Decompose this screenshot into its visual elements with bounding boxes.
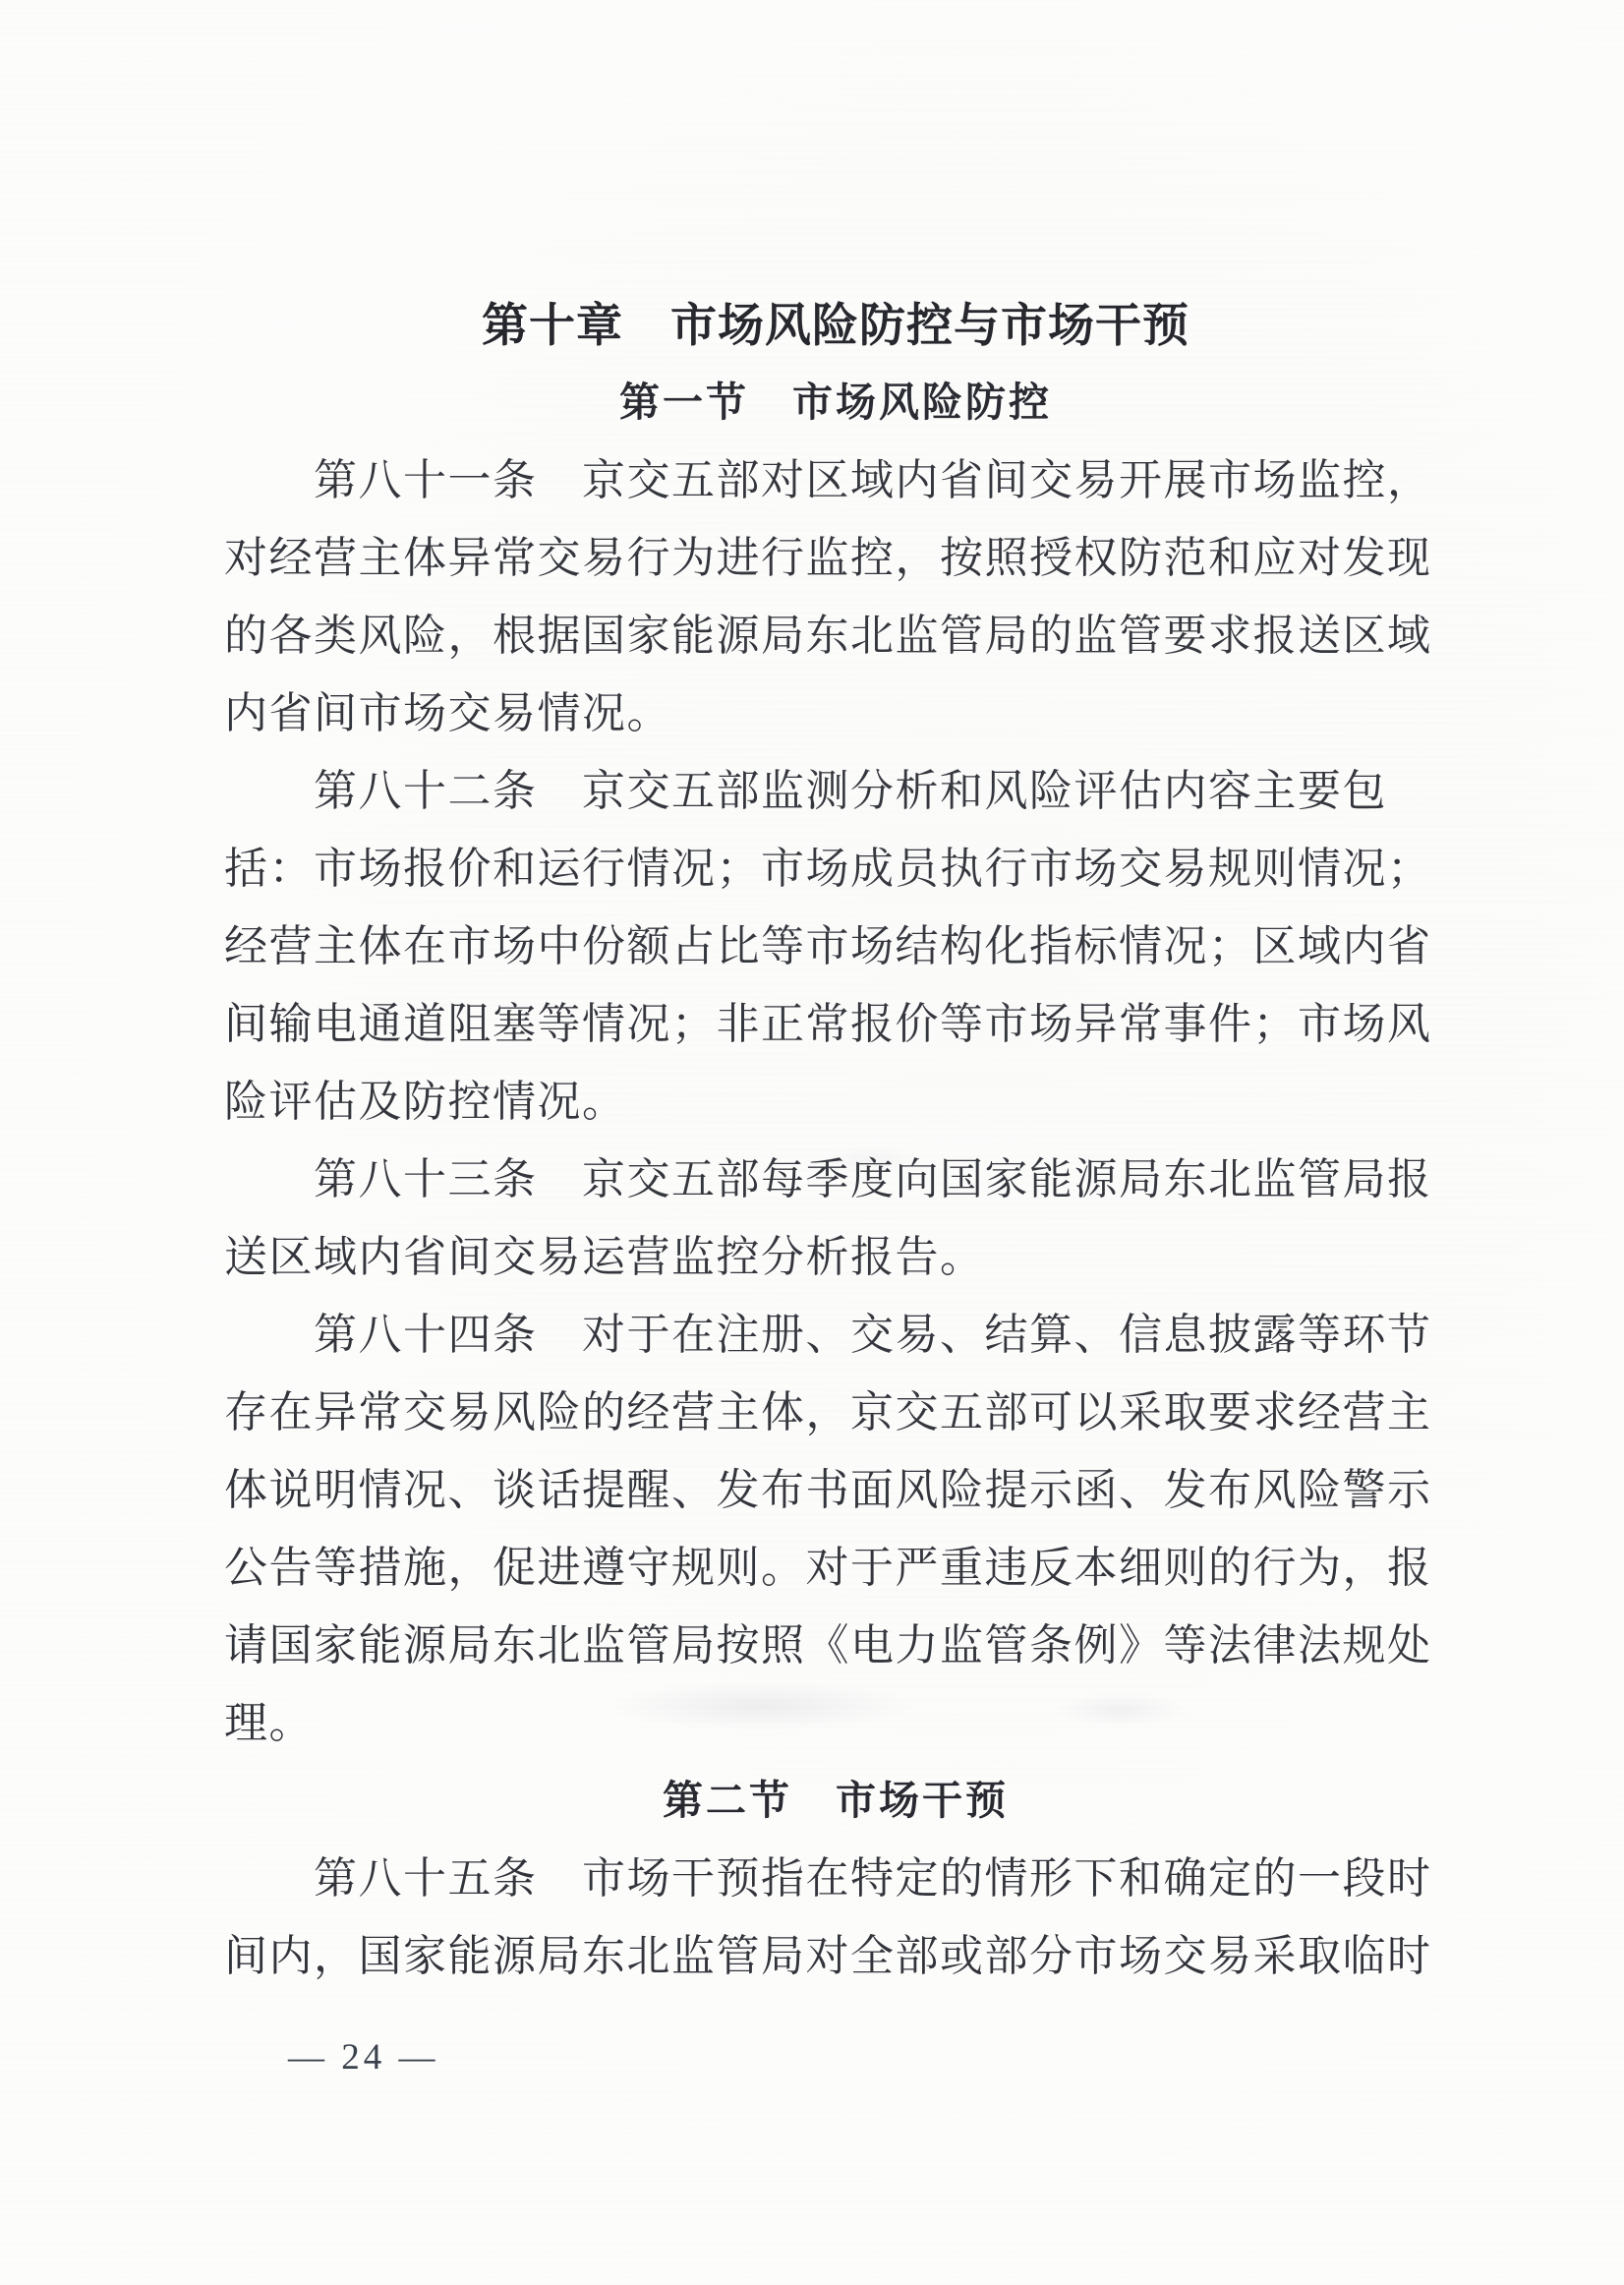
- text-line: 内省间市场交易情况。: [224, 674, 1447, 752]
- paragraph: 第八十二条 京交五部监测分析和风险评估内容主要包括：市场报价和运行情况；市场成员…: [224, 752, 1447, 1141]
- text-line: 公告等措施，促进遵守规则。对于严重违反本细则的行为，报: [224, 1529, 1447, 1607]
- text-line: 送区域内省间交易运营监控分析报告。: [224, 1218, 1447, 1296]
- text-line: 括：市场报价和运行情况；市场成员执行市场交易规则情况；: [224, 830, 1447, 908]
- document-flow: 第十章 市场风险防控与市场干预 第一节 市场风险防控 第八十一条 京交五部对区域…: [224, 286, 1447, 1995]
- text-line: 体说明情况、谈话提醒、发布书面风险提示函、发布风险警示: [224, 1451, 1447, 1529]
- paragraph: 第八十三条 京交五部每季度向国家能源局东北监管局报送区域内省间交易运营监控分析报…: [224, 1141, 1447, 1296]
- paragraph: 第八十一条 京交五部对区域内省间交易开展市场监控，对经营主体异常交易行为进行监控…: [224, 441, 1447, 752]
- text-line: 的各类风险，根据国家能源局东北监管局的监管要求报送区域: [224, 597, 1447, 674]
- text-line: 险评估及防控情况。: [224, 1063, 1447, 1141]
- text-line: 经营主体在市场中份额占比等市场结构化指标情况；区域内省: [224, 908, 1447, 985]
- text-line: 第八十一条 京交五部对区域内省间交易开展市场监控，: [224, 441, 1447, 519]
- text-line: 间内，国家能源局东北监管局对全部或部分市场交易采取临时: [224, 1917, 1447, 1995]
- text-line: 请国家能源局东北监管局按照《电力监管条例》等法律法规处: [224, 1607, 1447, 1684]
- text-line: 第八十二条 京交五部监测分析和风险评估内容主要包: [224, 752, 1447, 830]
- text-line: 第八十三条 京交五部每季度向国家能源局东北监管局报: [224, 1141, 1447, 1218]
- text-line: 间输电通道阻塞等情况；非正常报价等市场异常事件；市场风: [224, 985, 1447, 1063]
- section-heading: 第二节 市场干预: [224, 1762, 1447, 1840]
- page-number: — 24 —: [288, 2019, 439, 2096]
- sections-container: 第一节 市场风险防控 第八十一条 京交五部对区域内省间交易开展市场监控，对经营主…: [224, 364, 1447, 1995]
- text-line: 第八十五条 市场干预指在特定的情形下和确定的一段时: [224, 1840, 1447, 1917]
- chapter-heading: 第十章 市场风险防控与市场干预: [224, 286, 1447, 364]
- text-line: 第八十四条 对于在注册、交易、结算、信息披露等环节: [224, 1296, 1447, 1374]
- document-page: 第十章 市场风险防控与市场干预 第一节 市场风险防控 第八十一条 京交五部对区域…: [0, 0, 1624, 2285]
- text-line: 对经营主体异常交易行为进行监控，按照授权防范和应对发现: [224, 519, 1447, 597]
- text-line: 理。: [224, 1684, 1447, 1762]
- paragraph: 第八十四条 对于在注册、交易、结算、信息披露等环节存在异常交易风险的经营主体，京…: [224, 1296, 1447, 1762]
- text-line: 存在异常交易风险的经营主体，京交五部可以采取要求经营主: [224, 1374, 1447, 1451]
- paragraph: 第八十五条 市场干预指在特定的情形下和确定的一段时间内，国家能源局东北监管局对全…: [224, 1840, 1447, 1995]
- section-heading: 第一节 市场风险防控: [224, 364, 1447, 441]
